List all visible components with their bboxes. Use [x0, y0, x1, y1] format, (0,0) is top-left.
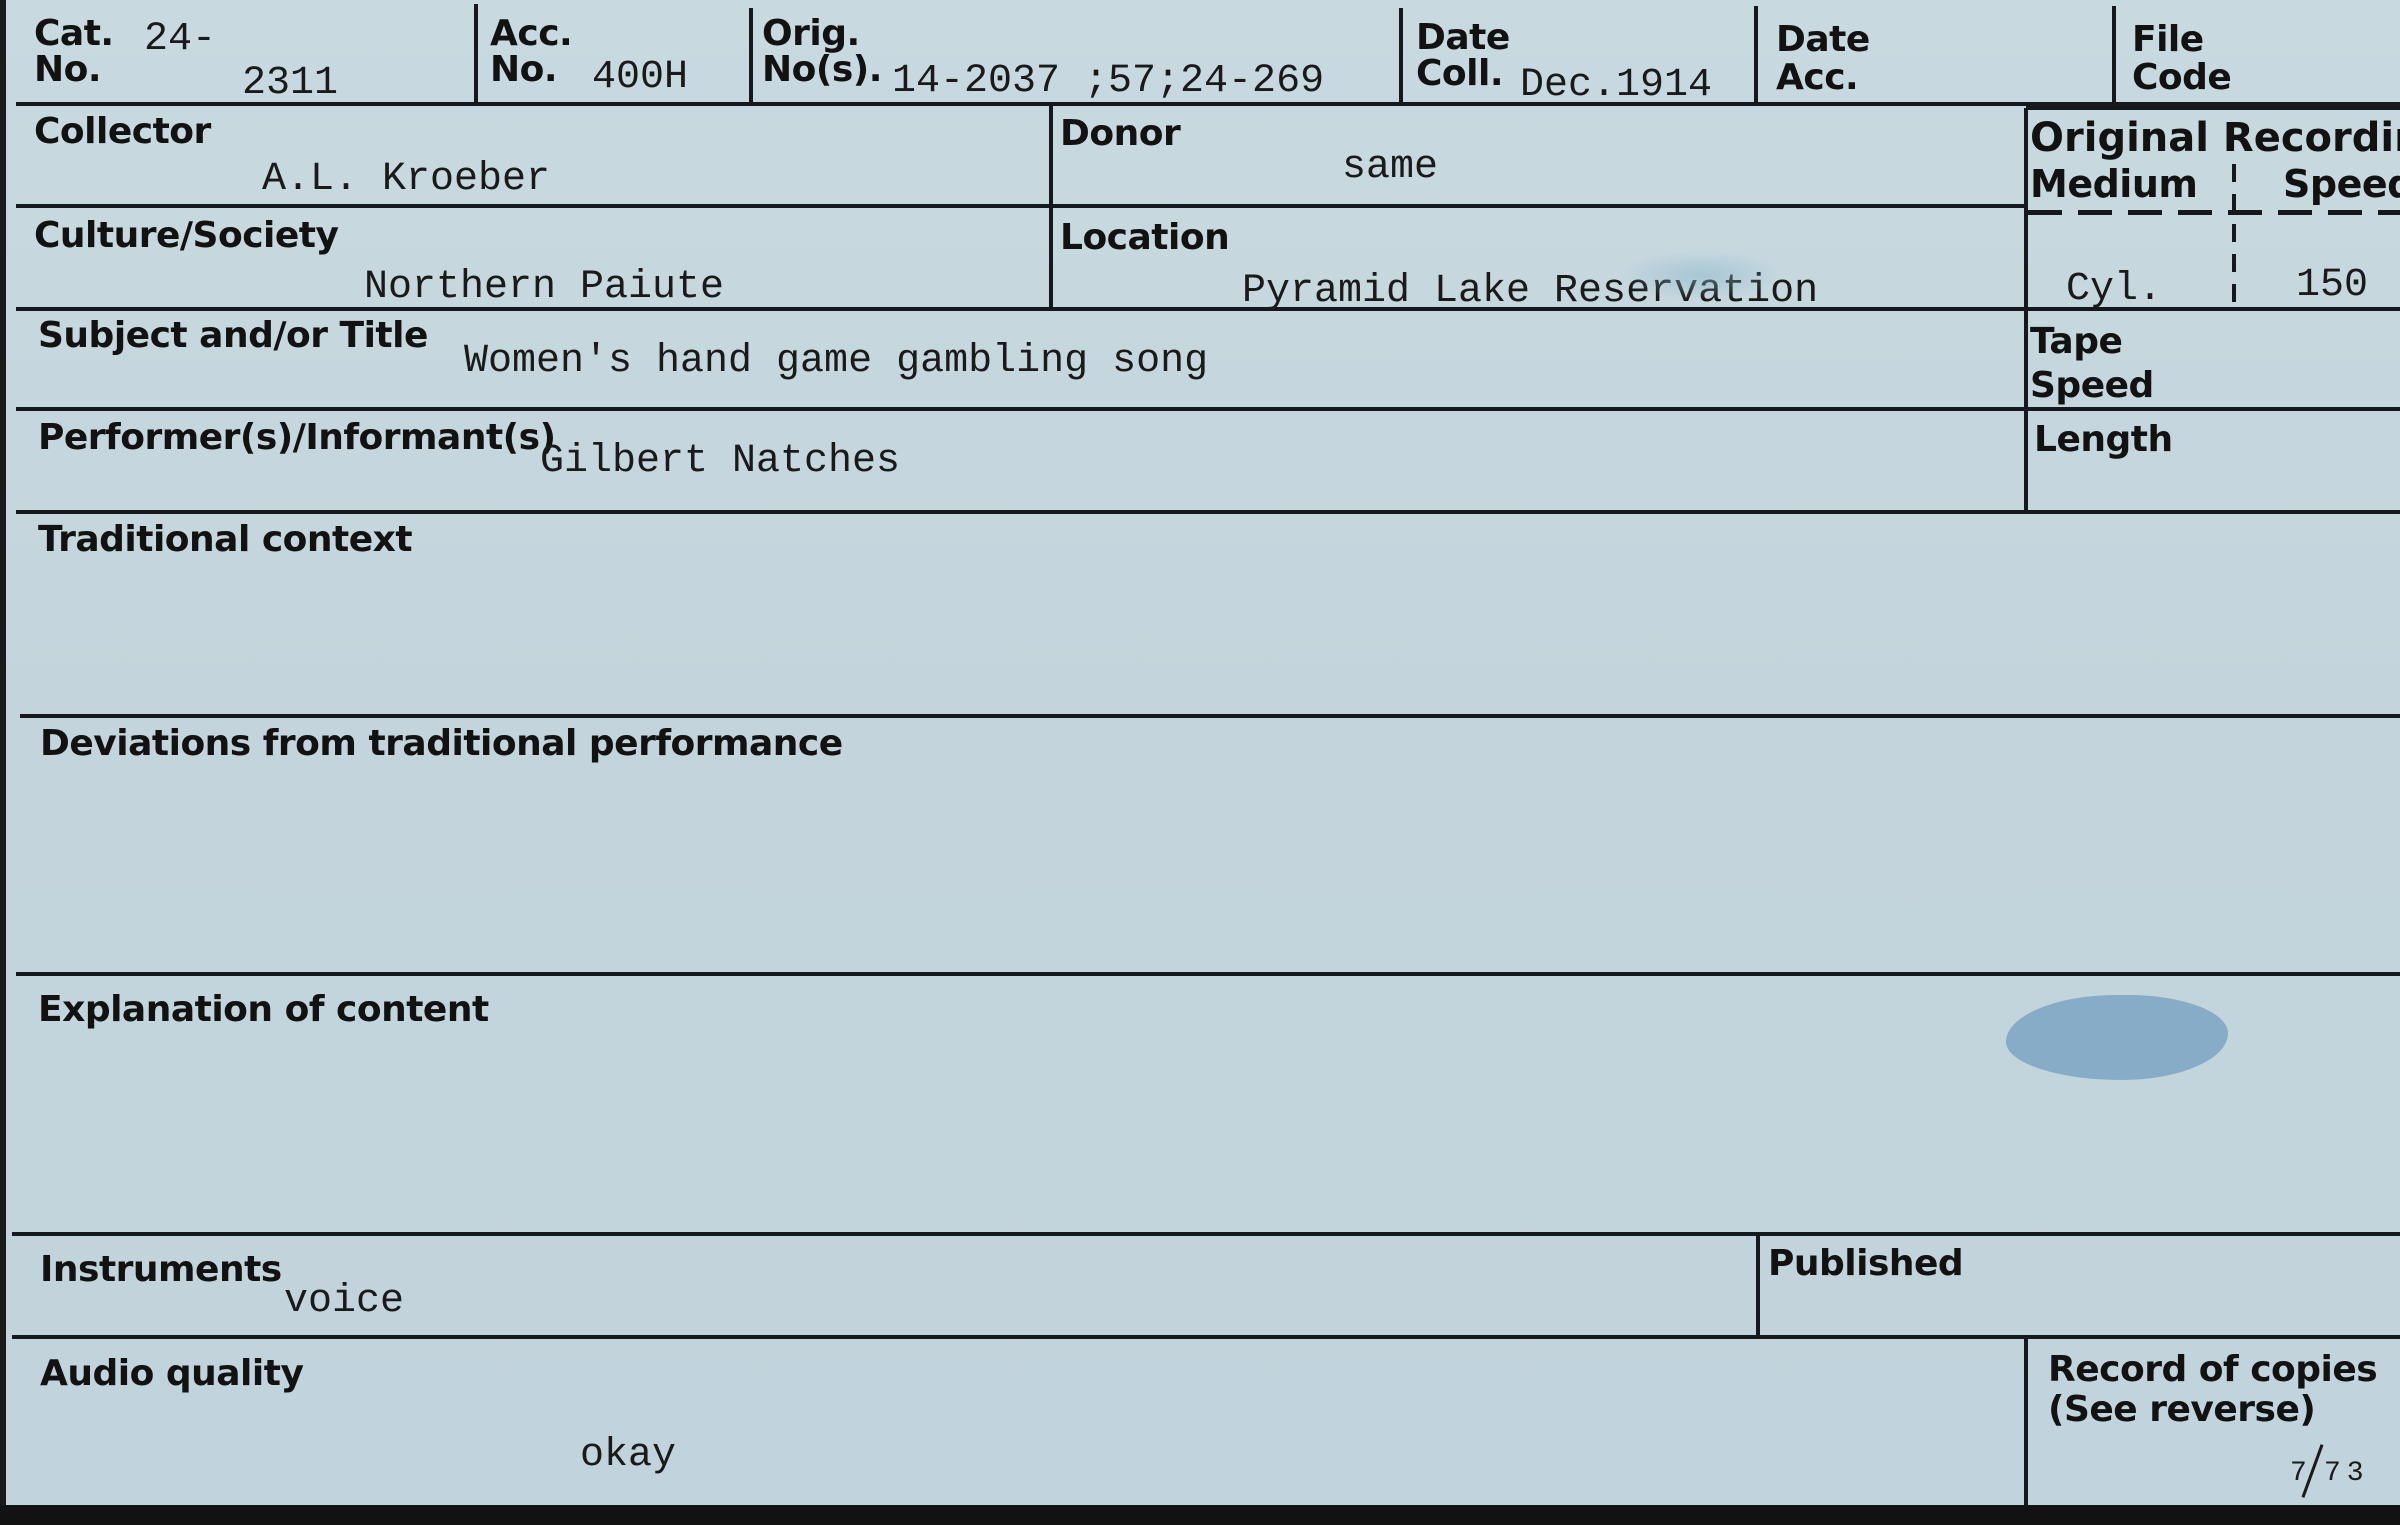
- copies-date-year: 73: [2324, 1452, 2370, 1496]
- instruments-label: Instruments: [40, 1250, 282, 1290]
- acc-no-label-line2: No.: [490, 50, 557, 90]
- date-acc-label-line1: Date: [1776, 20, 1870, 60]
- deviations-label: Deviations from traditional performance: [40, 724, 843, 764]
- catalog-card: Cat. No. 24- 2311 Acc. No. 400H Orig. No…: [0, 0, 2400, 1507]
- traditional-context-divider: [20, 714, 2400, 718]
- subject-value: Women's hand game gambling song: [464, 340, 1208, 384]
- location-stain: [1616, 250, 1786, 300]
- cat-no-prefix: 24-: [144, 18, 216, 62]
- ink-stain: [2006, 995, 2228, 1080]
- orig-nos-value: 14-2037 ;57;24-269: [892, 60, 1324, 104]
- date-coll-label-line2: Coll.: [1416, 54, 1503, 94]
- copies-label-line1: Record of copies: [2048, 1350, 2377, 1390]
- performer-value: Gilbert Natches: [540, 440, 900, 484]
- medium-value: Cyl.: [2066, 268, 2162, 312]
- published-column-divider: [1756, 1234, 1760, 1338]
- performer-row-divider: [16, 510, 2400, 514]
- speed-value: 150: [2296, 264, 2368, 308]
- copies-label-line2: (See reverse): [2048, 1390, 2315, 1430]
- cat-no-label-line1: Cat.: [34, 14, 114, 54]
- performer-label: Performer(s)/Informant(s): [38, 418, 556, 458]
- donor-column-divider: [1049, 104, 1053, 310]
- orig-column-divider: [749, 8, 753, 104]
- audio-quality-label: Audio quality: [40, 1354, 303, 1394]
- file-code-column-divider: [2112, 6, 2116, 104]
- date-coll-value: Dec.1914: [1520, 64, 1712, 108]
- location-label: Location: [1060, 218, 1229, 258]
- donor-value: same: [1342, 146, 1438, 190]
- traditional-context-label: Traditional context: [38, 520, 412, 560]
- cat-no-value: 2311: [242, 62, 338, 106]
- acc-no-label-line1: Acc.: [490, 14, 572, 54]
- explanation-label: Explanation of content: [38, 990, 489, 1030]
- subject-label: Subject and/or Title: [38, 316, 428, 356]
- deviations-divider: [16, 972, 2400, 976]
- explanation-divider: [12, 1232, 2400, 1236]
- file-code-label-line1: File: [2132, 20, 2204, 60]
- medium-speed-dashed-divider: [2232, 164, 2236, 310]
- culture-label: Culture/Society: [34, 216, 338, 256]
- file-code-label-line2: Code: [2132, 58, 2231, 98]
- published-label: Published: [1768, 1244, 1963, 1284]
- collector-row-divider: [16, 204, 2026, 208]
- recording-panel-top: [2026, 106, 2400, 110]
- collector-label: Collector: [34, 112, 211, 152]
- instruments-value: voice: [284, 1280, 404, 1324]
- recording-panel-dashed-rule: [2028, 210, 2400, 215]
- copies-column-divider: [2024, 1338, 2028, 1505]
- original-recording-title: Original Recording: [2030, 118, 2400, 158]
- speed-label: Speed: [2283, 164, 2400, 204]
- date-coll-column-divider: [1399, 8, 1403, 104]
- instruments-divider: [12, 1335, 2400, 1339]
- date-acc-column-divider: [1754, 6, 1758, 104]
- tape-speed-label-line1: Tape: [2030, 322, 2122, 362]
- acc-no-value: 400H: [592, 56, 688, 100]
- orig-nos-label-line2: No(s).: [762, 50, 882, 90]
- date-acc-label-line2: Acc.: [1776, 58, 1858, 98]
- cat-no-label-line2: No.: [34, 50, 101, 90]
- donor-label: Donor: [1060, 114, 1180, 154]
- culture-value: Northern Paiute: [364, 266, 724, 310]
- card-bottom-edge: [0, 1505, 2400, 1525]
- medium-label: Medium: [2030, 164, 2197, 204]
- collector-value: A.L. Kroeber: [262, 158, 550, 202]
- orig-nos-label-line1: Orig.: [762, 14, 860, 54]
- audio-quality-value: okay: [580, 1434, 676, 1478]
- length-label: Length: [2034, 420, 2173, 460]
- subject-row-divider: [16, 407, 2400, 411]
- date-coll-label-line1: Date: [1416, 18, 1510, 58]
- acc-column-divider: [474, 4, 478, 104]
- tape-speed-label-line2: Speed: [2030, 366, 2154, 406]
